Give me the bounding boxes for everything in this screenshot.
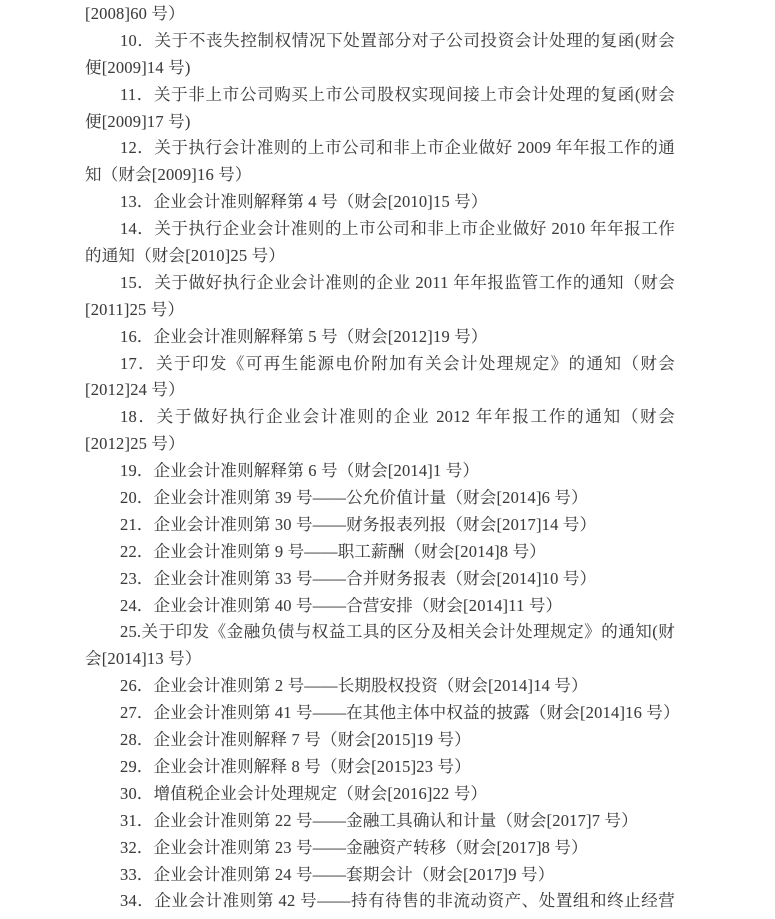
text-line: 22．企业会计准则第 9 号——职工薪酬（财会[2014]8 号） xyxy=(85,539,675,566)
text-line: 便[2009]17 号) xyxy=(85,109,675,136)
text-line: 会[2014]13 号） xyxy=(85,646,675,673)
text-line: 28．企业会计准则解释 7 号（财会[2015]19 号） xyxy=(85,727,675,754)
text-line: 15．关于做好执行企业会计准则的企业 2011 年年报监管工作的通知（财会 xyxy=(85,270,675,297)
text-line: 24．企业会计准则第 40 号——合营安排（财会[2014]11 号） xyxy=(85,593,675,620)
text-line: 27．企业会计准则第 41 号——在其他主体中权益的披露（财会[2014]16 … xyxy=(85,700,675,727)
text-line: [2011]25 号） xyxy=(85,297,675,324)
page-text: [2008]60 号） 10．关于不丧失控制权情况下处置部分对子公司投资会计处理… xyxy=(85,1,675,915)
text-line: 17．关于印发《可再生能源电价附加有关会计处理规定》的通知（财会 xyxy=(85,351,675,378)
text-line: 26．企业会计准则第 2 号——长期股权投资（财会[2014]14 号） xyxy=(85,673,675,700)
text-line: 的通知（财会[2010]25 号） xyxy=(85,243,675,270)
text-line: 18．关于做好执行企业会计准则的企业 2012 年年报工作的通知（财会 xyxy=(85,404,675,431)
text-line: 23．企业会计准则第 33 号——合并财务报表（财会[2014]10 号） xyxy=(85,566,675,593)
text-line: 14．关于执行企业会计准则的上市公司和非上市企业做好 2010 年年报工作 xyxy=(85,216,675,243)
text-line: 13．企业会计准则解释第 4 号（财会[2010]15 号） xyxy=(85,189,675,216)
text-line: 11．关于非上市公司购买上市公司股权实现间接上市会计处理的复函(财会 xyxy=(85,82,675,109)
text-line: 12．关于执行会计准则的上市公司和非上市企业做好 2009 年年报工作的通 xyxy=(85,135,675,162)
text-line: 知（财会[2009]16 号） xyxy=(85,162,675,189)
text-line: 19．企业会计准则解释第 6 号（财会[2014]1 号） xyxy=(85,458,675,485)
text-line: 10．关于不丧失控制权情况下处置部分对子公司投资会计处理的复函(财会 xyxy=(85,28,675,55)
document-page: [2008]60 号） 10．关于不丧失控制权情况下处置部分对子公司投资会计处理… xyxy=(0,0,775,919)
text-line: 20．企业会计准则第 39 号——公允价值计量（财会[2014]6 号） xyxy=(85,485,675,512)
text-line: 16．企业会计准则解释第 5 号（财会[2012]19 号） xyxy=(85,324,675,351)
text-line: 31．企业会计准则第 22 号——金融工具确认和计量（财会[2017]7 号） xyxy=(85,808,675,835)
text-line: 25.关于印发《金融负债与权益工具的区分及相关会计处理规定》的通知(财 xyxy=(85,619,675,646)
text-line: 30．增值税企业会计处理规定（财会[2016]22 号） xyxy=(85,781,675,808)
text-line: [2012]25 号） xyxy=(85,431,675,458)
text-line: 29．企业会计准则解释 8 号（财会[2015]23 号） xyxy=(85,754,675,781)
text-line: [2008]60 号） xyxy=(85,1,675,28)
text-line: 便[2009]14 号) xyxy=(85,55,675,82)
text-line: 34．企业会计准则第 42 号——持有待售的非流动资产、处置组和终止经营 xyxy=(85,888,675,915)
text-line: [2012]24 号） xyxy=(85,377,675,404)
text-line: 32．企业会计准则第 23 号——金融资产转移（财会[2017]8 号） xyxy=(85,835,675,862)
text-line: 21．企业会计准则第 30 号——财务报表列报（财会[2017]14 号） xyxy=(85,512,675,539)
text-line: 33．企业会计准则第 24 号——套期会计（财会[2017]9 号） xyxy=(85,862,675,889)
